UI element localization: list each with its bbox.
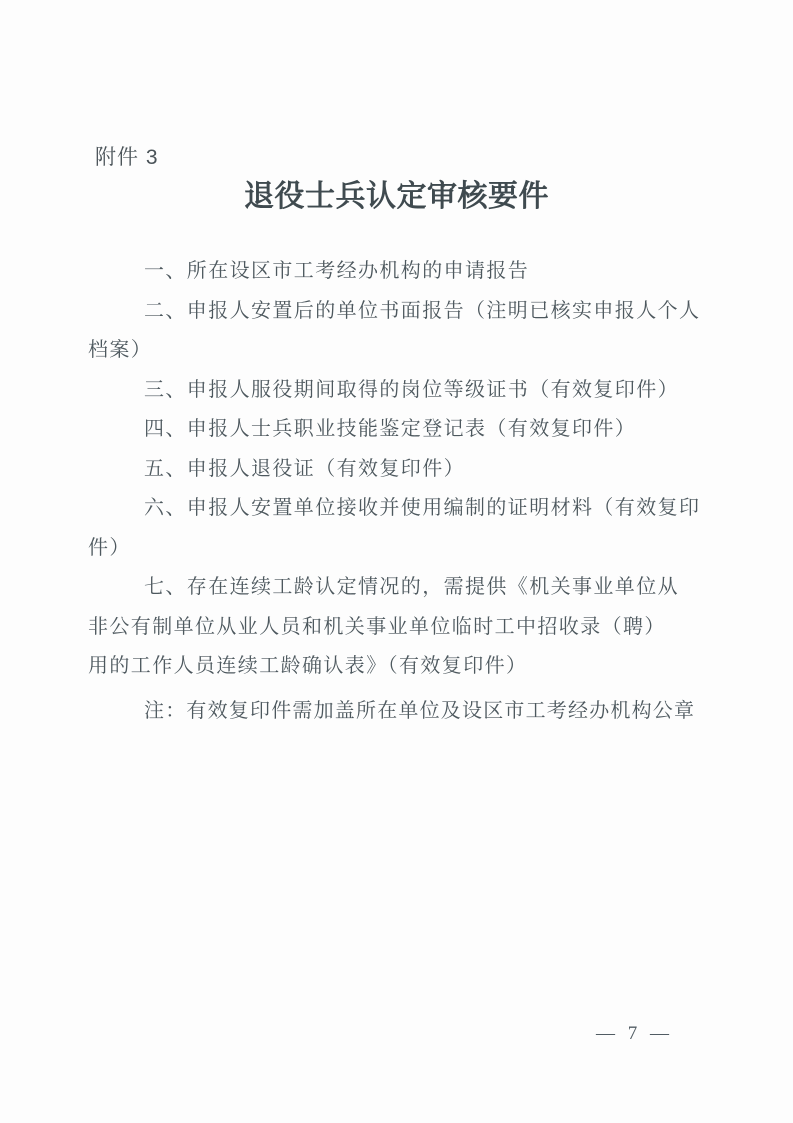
page-title: 退役士兵认定审核要件	[0, 178, 793, 216]
attachment-label: 附件 3	[95, 144, 159, 172]
list-item-2: 二、申报人安置后的单位书面报告（注明已核实申报人个人 档案）	[88, 292, 712, 371]
list-item-7: 七、存在连续工龄认定情况的，需提供《机关事业单位从 非公有制单位从业人员和机关事…	[88, 568, 712, 687]
list-item-1: 一、所在设区市工考经办机构的申请报告	[88, 252, 712, 292]
note-text: 注：有效复印件需加盖所在单位及设区市工考经办机构公章	[88, 692, 712, 732]
list-item-3: 三、申报人服役期间取得的岗位等级证书（有效复印件）	[88, 371, 712, 411]
page-number: — 7 —	[596, 1020, 673, 1048]
list-item-5: 五、申报人退役证（有效复印件）	[88, 450, 712, 490]
document-page: 附件 3 退役士兵认定审核要件 一、所在设区市工考经办机构的申请报告 二、申报人…	[0, 0, 793, 1123]
list-item-6: 六、申报人安置单位接收并使用编制的证明材料（有效复印件）	[88, 489, 712, 568]
requirements-list: 一、所在设区市工考经办机构的申请报告 二、申报人安置后的单位书面报告（注明已核实…	[88, 252, 712, 687]
list-item-4: 四、申报人士兵职业技能鉴定登记表（有效复印件）	[88, 410, 712, 450]
